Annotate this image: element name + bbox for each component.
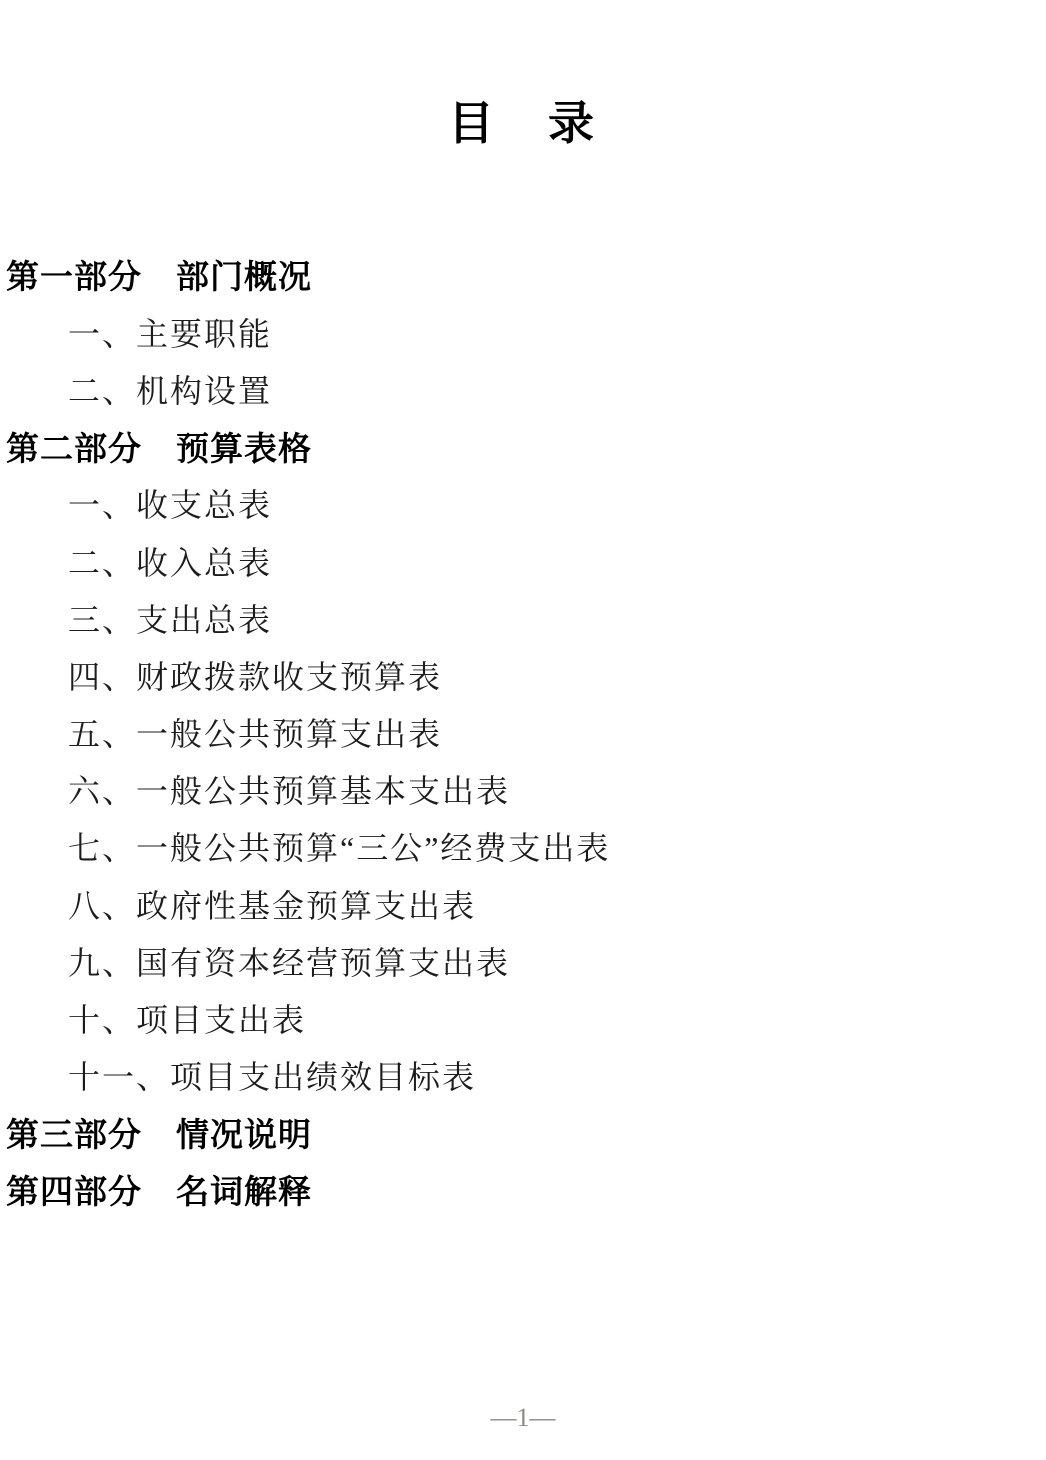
toc-entry: 一、收支总表 [6,475,1040,532]
toc-entry: 一、主要职能 [6,303,1040,360]
toc-entry: 二、收入总表 [6,532,1040,589]
toc-entry: 七、一般公共预算“三公”经费支出表 [6,818,1040,875]
toc-entry: 五、一般公共预算支出表 [6,704,1040,761]
page-container: 目 录 第一部分 部门概况一、主要职能二、机构设置第二部分 预算表格一、收支总表… [0,0,1046,1460]
toc-entry: 二、机构设置 [6,360,1040,417]
toc-entry: 四、财政拨款收支预算表 [6,646,1040,703]
toc-list: 第一部分 部门概况一、主要职能二、机构设置第二部分 预算表格一、收支总表二、收入… [6,246,1040,1218]
toc-section-heading: 第三部分 情况说明 [6,1104,1040,1161]
toc-section-heading: 第二部分 预算表格 [6,418,1040,475]
toc-entry: 九、国有资本经营预算支出表 [6,932,1040,989]
toc-section-heading: 第四部分 名词解释 [6,1161,1040,1218]
page-number: —1— [0,1402,1046,1434]
toc-entry: 十一、项目支出绩效目标表 [6,1047,1040,1104]
toc-entry: 六、一般公共预算基本支出表 [6,761,1040,818]
toc-section-heading: 第一部分 部门概况 [6,246,1040,303]
document-title: 目 录 [0,94,1046,154]
toc-entry: 三、支出总表 [6,589,1040,646]
toc-entry: 八、政府性基金预算支出表 [6,875,1040,932]
toc-entry: 十、项目支出表 [6,989,1040,1046]
